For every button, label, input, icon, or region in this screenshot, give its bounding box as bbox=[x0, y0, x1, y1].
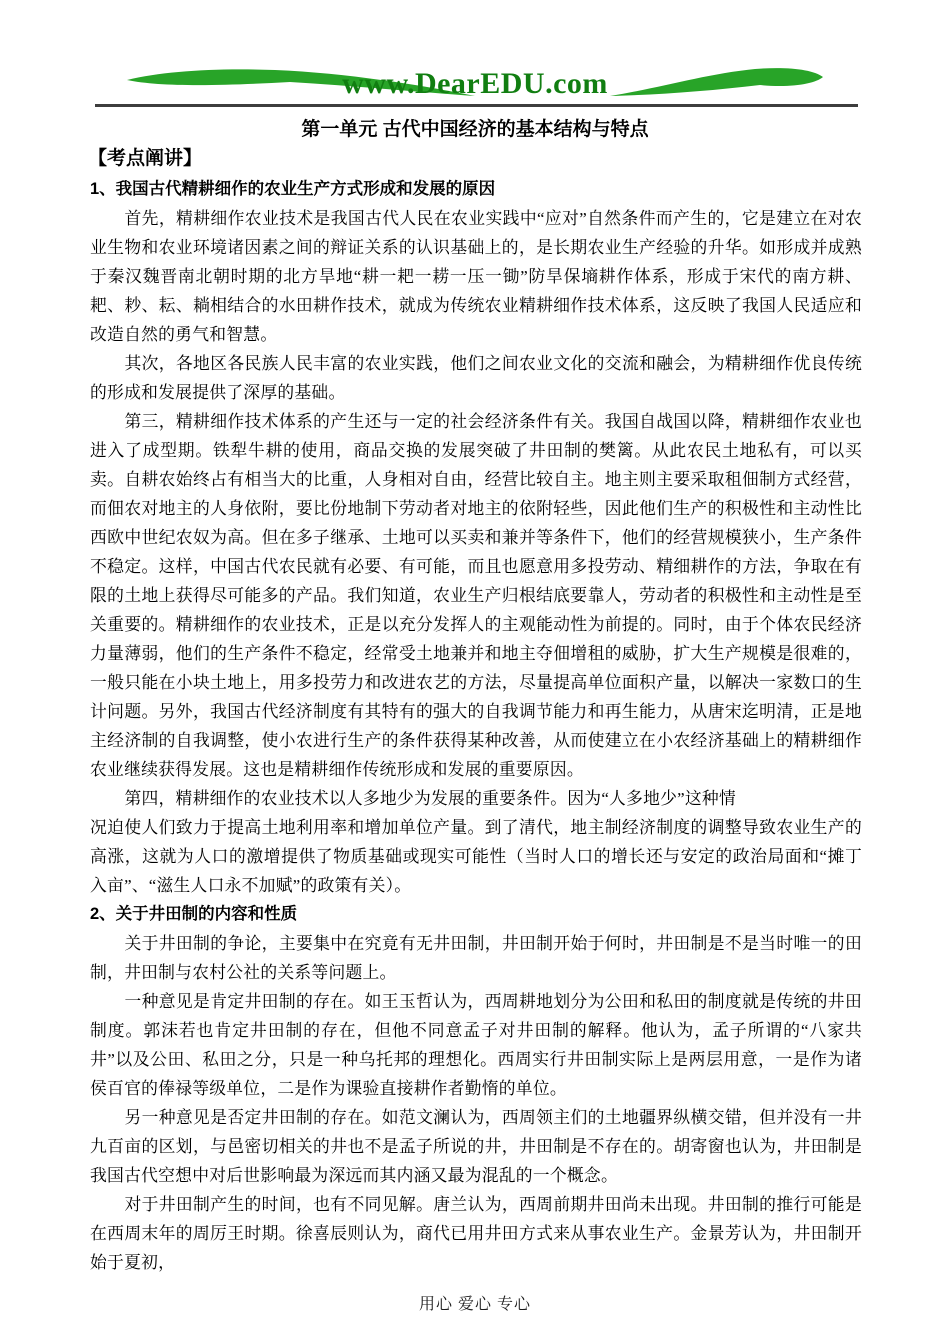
page-title: 第一单元 古代中国经济的基本结构与特点 bbox=[0, 118, 950, 141]
paragraph: 第三，精耕细作技术体系的产生还与一定的社会经济条件有关。我国自战国以降，精耕细作… bbox=[90, 407, 862, 784]
document-page: www.DearEDU.com 第一单元 古代中国经济的基本结构与特点 【考点阐… bbox=[0, 0, 950, 1342]
section-header: 【考点阐讲】 bbox=[88, 147, 950, 171]
topic-2-heading: 2、关于井田制的内容和性质 bbox=[90, 900, 862, 929]
logo-swoosh-right bbox=[610, 68, 823, 96]
topic-1-heading: 1、我国古代精耕细作的农业生产方式形成和发展的原因 bbox=[90, 175, 862, 204]
paragraph: 一种意见是肯定井田制的存在。如王玉哲认为，西周耕地划分为公田和私田的制度就是传统… bbox=[90, 987, 862, 1103]
logo-url-text: www.DearEDU.com bbox=[342, 67, 608, 101]
dearedu-logo-header: www.DearEDU.com bbox=[125, 64, 825, 104]
document-body: 1、我国古代精耕细作的农业生产方式形成和发展的原因 首先，精耕细作农业技术是我国… bbox=[90, 175, 862, 1277]
paragraph: 其次，各地区各民族人民丰富的农业实践，他们之间农业文化的交流和融会，为精耕细作优… bbox=[90, 349, 862, 407]
paragraph: 首先，精耕细作农业技术是我国古代人民在农业实践中“应对”自然条件而产生的，它是建… bbox=[90, 204, 862, 349]
paragraph: 第四，精耕细作的农业技术以人多地少为发展的重要条件。因为“人多地少”这种情 况迫… bbox=[90, 784, 862, 900]
page-footer-motto: 用心 爱心 专心 bbox=[0, 1291, 950, 1314]
header-divider bbox=[95, 104, 858, 107]
paragraph: 关于井田制的争论，主要集中在究竟有无井田制，井田制开始于何时，井田制是不是当时唯… bbox=[90, 929, 862, 987]
paragraph: 另一种意见是否定井田制的存在。如范文澜认为，西周领主们的土地疆界纵横交错，但并没… bbox=[90, 1103, 862, 1190]
paragraph: 对于井田制产生的时间，也有不同见解。唐兰认为，西周前期井田尚未出现。井田制的推行… bbox=[90, 1190, 862, 1277]
